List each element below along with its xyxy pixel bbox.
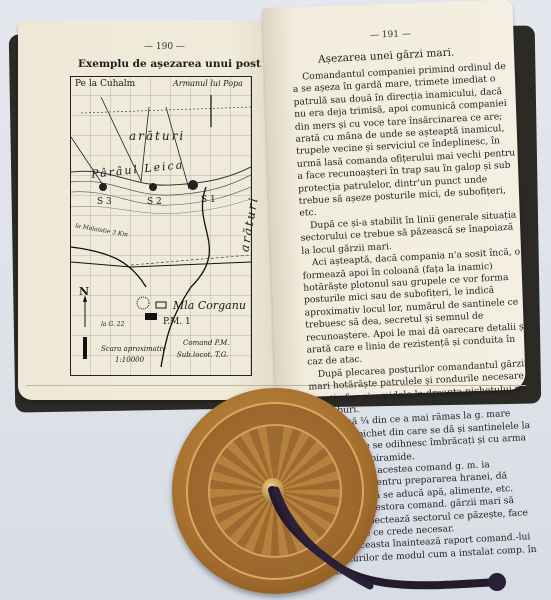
braided-cord-icon — [0, 0, 551, 600]
